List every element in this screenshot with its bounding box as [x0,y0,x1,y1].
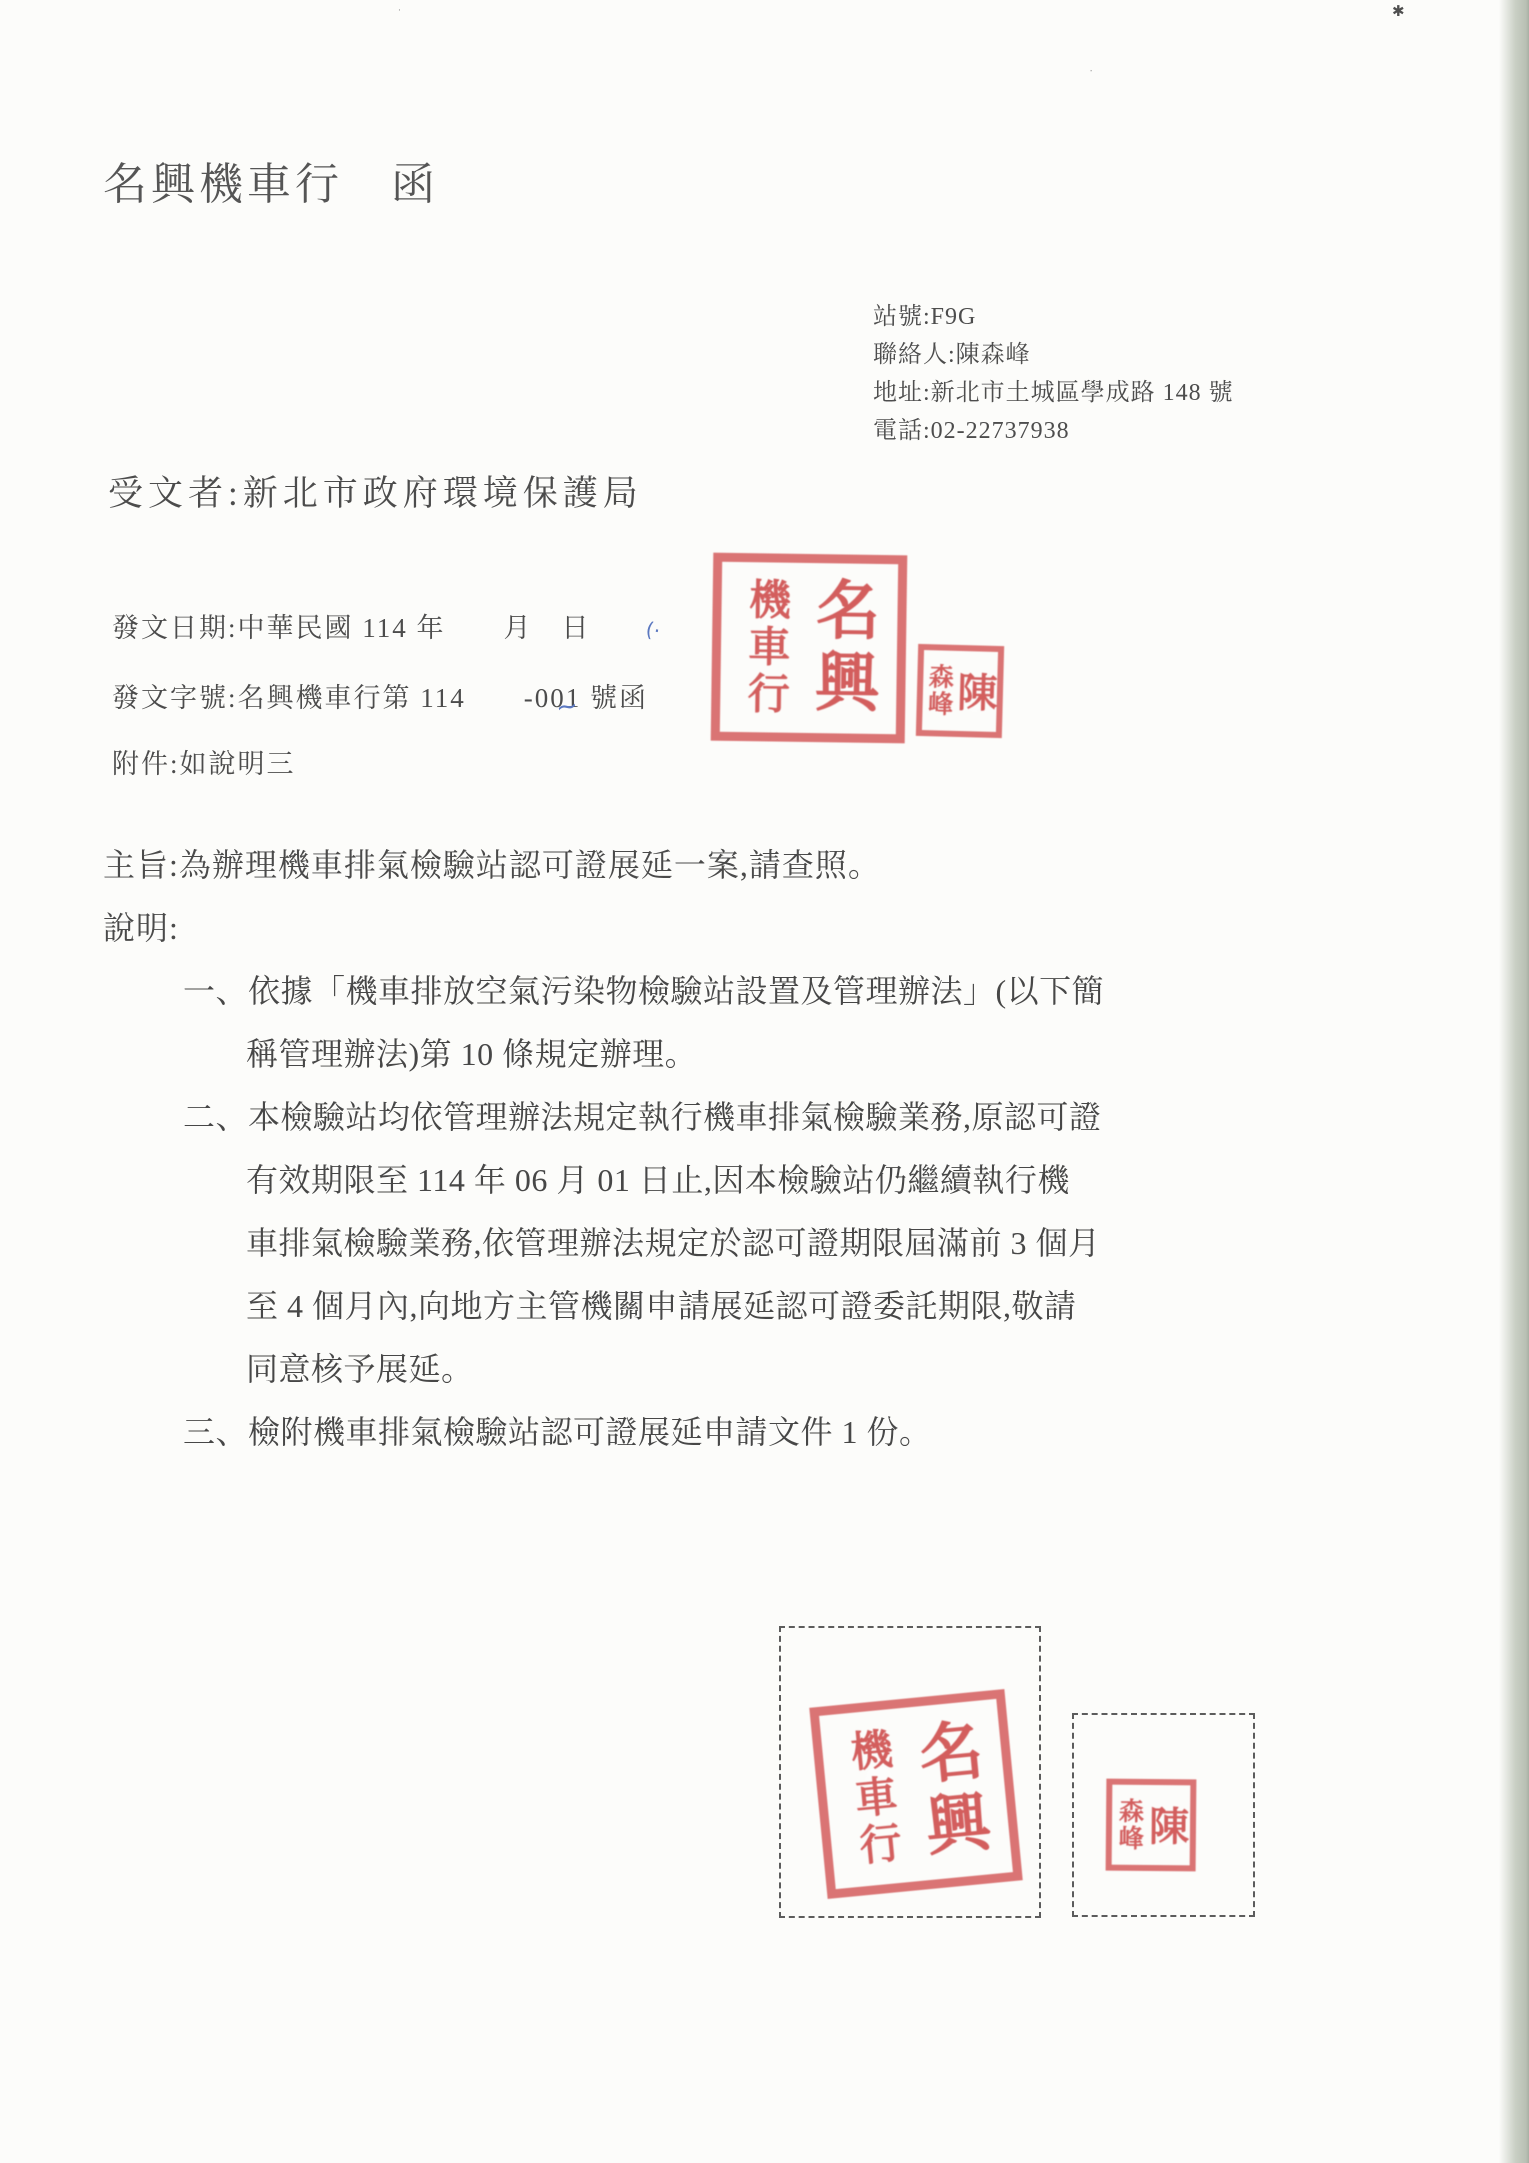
body-line: 一、依據「機車排放空氣污染物檢驗站設置及管理辦法」(以下簡 [183,966,1104,1012]
personal-seal-stamp: 陳 森峰 [916,644,1004,738]
scan-speck: · [398,6,401,16]
body-line: 車排氣檢驗業務,依管理辦法規定於認可證期限屆滿前 3 個月 [246,1218,1101,1264]
body-line: 有效期限至 114 年 06 月 01 日止,因本檢驗站仍繼續執行機 [246,1155,1070,1201]
address-line: 地址:新北市土城區學成路 148 號 [873,374,1234,412]
personal-seal-text-right: 陳 [953,671,994,712]
subject-line: 主旨:為辦理機車排氣檢驗站認可證展延一案,請查照。 [103,840,881,886]
body-line: 二、本檢驗站均依管理辦法規定執行機車排氣檢驗業務,原認可證 [183,1092,1102,1138]
company-seal-stamp: 名興 機車行 [809,1689,1023,1899]
body-line: 至 4 個月內,向地方主管機關申請展延認可證委託期限,敬請 [246,1281,1077,1327]
body-line: 三、檢附機車排氣檢驗站認可證展延申請文件 1 份。 [183,1407,932,1453]
pen-mark: (· [644,617,662,643]
sender-contact-block: 站號:F9G 聯絡人:陳森峰 地址:新北市土城區學成路 148 號 電話:02-… [873,298,1234,450]
recipient-line: 受文者:新北市政府環境保護局 [108,466,643,516]
body-line: 稱管理辦法)第 10 條規定辦理。 [246,1029,697,1075]
personal-seal-text-left: 森峰 [925,663,951,718]
pen-mark: ∼ [554,691,580,724]
company-seal-text-right: 名興 [910,1716,988,1865]
station-code-line: 站號:F9G [873,298,1234,336]
company-seal-text-right: 名興 [809,576,875,721]
phone-line: 電話:02-22737938 [873,412,1234,450]
personal-seal-text-left: 森峰 [1116,1798,1141,1852]
company-seal-stamp: 名興 機車行 [711,553,908,744]
scan-edge-shadow [1499,0,1529,2163]
contact-person-line: 聯絡人:陳森峰 [873,336,1234,374]
company-seal-text-left: 機車行 [845,1726,900,1870]
attachment-line: 附件:如說明三 [112,742,296,781]
scanned-letter-page: 名興機車行 函 站號:F9G 聯絡人:陳森峰 地址:新北市土城區學成路 148 … [0,0,1529,2163]
personal-seal-text-right: 陳 [1145,1805,1185,1845]
scan-speck: · [1086,66,1094,77]
body-line: 同意核予展延。 [246,1344,474,1390]
scan-speck: ✱ [1392,2,1405,20]
company-seal-text-left: 機車行 [743,577,787,719]
page-title: 名興機車行 函 [103,148,439,212]
explanation-label: 說明: [103,903,179,949]
personal-seal-stamp: 陳 森峰 [1106,1779,1197,1872]
issue-date-line: 發文日期:中華民國 114 年 月 日 [112,606,591,645]
